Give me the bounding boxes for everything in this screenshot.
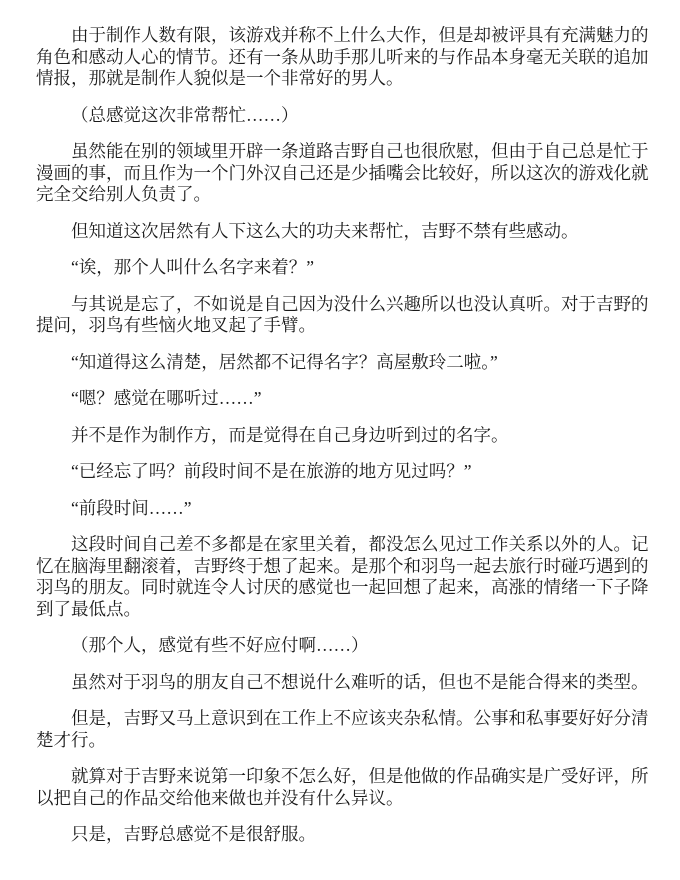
novel-text-block: 由于制作人数有限，该游戏并称不上什么大作，但是却被评具有充满魅力的角色和感动人心…	[0, 0, 680, 846]
novel-paragraph-dialogue: “知道得这么清楚，居然都不记得名字？高屋敷玲二啦。”	[36, 352, 652, 374]
novel-paragraph: 并不是作为制作方，而是觉得在自己身边听到过的名字。	[36, 425, 652, 447]
novel-paragraph-dialogue: “已经忘了吗？前段时间不是在旅游的地方见过吗？”	[36, 461, 652, 483]
novel-paragraph-thought: （那个人，感觉有些不好应付啊……）	[36, 635, 652, 657]
novel-paragraph: 与其说是忘了，不如说是自己因为没什么兴趣所以也没认真听。对于吉野的提问，羽鸟有些…	[36, 294, 652, 337]
novel-paragraph: 这段时间自己差不多都是在家里关着，都没怎么见过工作关系以外的人。记忆在脑海里翻滚…	[36, 534, 652, 620]
novel-paragraph: 但知道这次居然有人下这么大的功夫来帮忙，吉野不禁有些感动。	[36, 221, 652, 243]
novel-paragraph: 只是，吉野总感觉不是很舒服。	[36, 824, 652, 846]
novel-paragraph-dialogue: “前段时间……”	[36, 498, 652, 520]
novel-page: 由于制作人数有限，该游戏并称不上什么大作，但是却被评具有充满魅力的角色和感动人心…	[0, 0, 680, 880]
novel-paragraph: 就算对于吉野来说第一印象不怎么好，但是他做的作品确实是广受好评，所以把自己的作品…	[36, 766, 652, 809]
novel-paragraph-thought: （总感觉这次非常帮忙……）	[36, 105, 652, 127]
novel-paragraph-dialogue: “嗯？感觉在哪听过……”	[36, 388, 652, 410]
novel-paragraph: 但是，吉野又马上意识到在工作上不应该夹杂私情。公事和私事要好好分清楚才行。	[36, 708, 652, 751]
novel-paragraph: 虽然能在别的领域里开辟一条道路吉野自己也很欣慰，但由于自己总是忙于漫画的事，而且…	[36, 141, 652, 206]
novel-paragraph: 由于制作人数有限，该游戏并称不上什么大作，但是却被评具有充满魅力的角色和感动人心…	[36, 25, 652, 90]
novel-paragraph-dialogue: “诶，那个人叫什么名字来着？”	[36, 257, 652, 279]
novel-paragraph: 虽然对于羽鸟的朋友自己不想说什么难听的话，但也不是能合得来的类型。	[36, 672, 652, 694]
